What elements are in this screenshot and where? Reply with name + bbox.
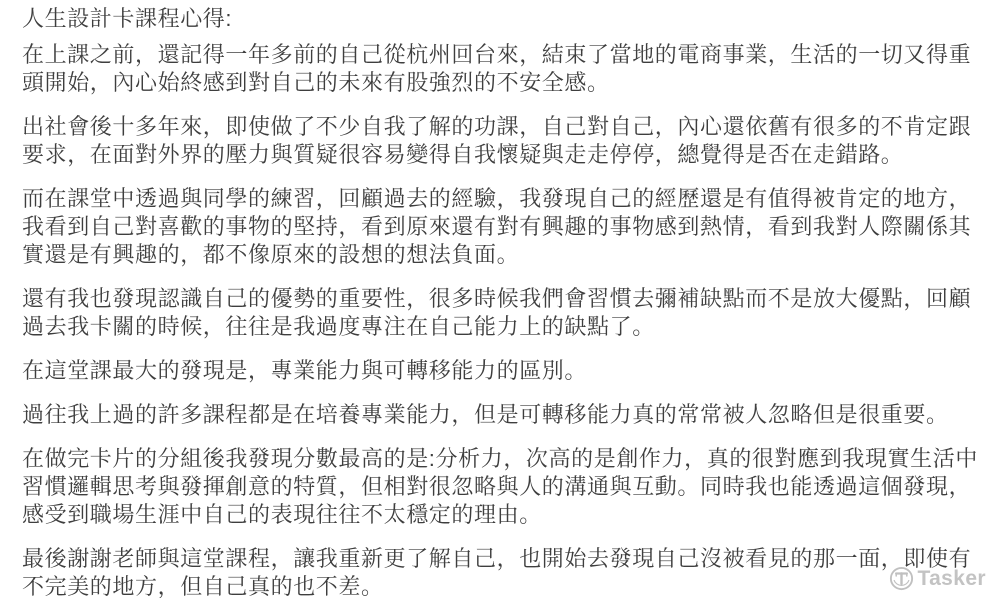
post-paragraph: 而在課堂中透過與同學的練習，回顧過去的經驗，我發現自己的經歷還是有值得被肯定的地… [22, 185, 978, 269]
post-paragraph: 在上課之前，還記得一年多前的自己從杭州回台來，結束了當地的電商事業，生活的一切又… [22, 41, 978, 97]
watermark-label: Tasker [917, 566, 986, 591]
post-paragraph: 在做完卡片的分組後我發現分數最高的是:分析力，次高的是創作力，真的很對應到我現實… [22, 445, 978, 529]
post-paragraph: 過往我上過的許多課程都是在培養專業能力，但是可轉移能力真的常常被人忽略但是很重要… [22, 401, 978, 429]
post-title: 人生設計卡課程心得: [22, 5, 978, 33]
tasker-watermark: Tasker [889, 566, 986, 591]
post-paragraph: 在這堂課最大的發現是，專業能力與可轉移能力的區別。 [22, 357, 978, 385]
tasker-logo-icon [889, 566, 914, 591]
post-paragraph: 還有我也發現認識自己的優勢的重要性，很多時候我們會習慣去彌補缺點而不是放大優點，… [22, 285, 978, 341]
post-content: 人生設計卡課程心得: 在上課之前，還記得一年多前的自己從杭州回台來，結束了當地的… [0, 0, 1000, 598]
post-paragraph: 最後謝謝老師與這堂課程，讓我重新更了解自己，也開始去發現自己沒被看見的那一面，即… [22, 545, 978, 598]
post-paragraph: 出社會後十多年來，即使做了不少自我了解的功課，自己對自己，內心還依舊有很多的不肯… [22, 113, 978, 169]
